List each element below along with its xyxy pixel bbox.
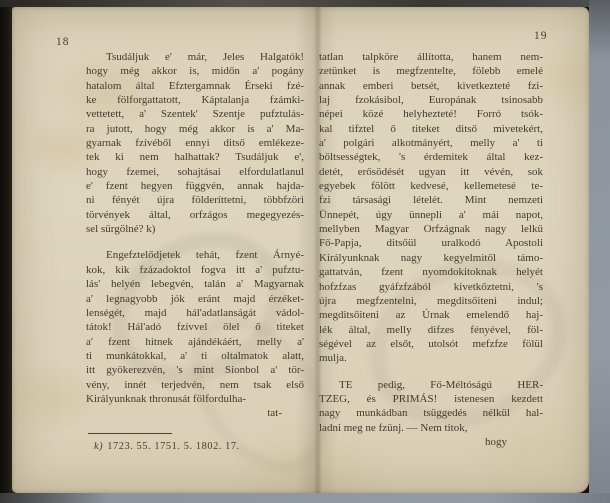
paragraph: tatlan talpköre állította, hanem nem-zet… — [319, 50, 543, 366]
text-line: detét, erősödését ugyan itt vévén, sok — [319, 165, 543, 179]
text-line: Ünnepét, úgy ünnepli a' mái napot, — [319, 208, 543, 222]
text-line: fzi társasági lételét. Mint nemzeti — [319, 193, 543, 207]
text-line: Tsudáljuk e' már, Jeles Halgatók! — [86, 50, 304, 64]
text-line: böltsességtek, 's érdemitek által kez- — [319, 150, 543, 164]
text-line: Királyunknak nagy kegyelmitől támo- — [319, 251, 543, 265]
text-line: egyebek fölött kedvesé, kellemetesé te- — [319, 179, 543, 193]
text-line: ni fényét újra földeríttetni, többfzöri — [86, 193, 304, 207]
text-line: mulja. — [319, 351, 543, 365]
text-line: újra megfzentelni, megditsőiteni indul; — [319, 294, 543, 308]
text-line: TZEG, és PRIMÁS! istenesen kezdett — [319, 392, 543, 406]
scanner-mat-right — [589, 0, 610, 503]
text-line: mellyben Magyar Orfzágnak nagy lelkü — [319, 222, 543, 236]
text-line: kok, kik fzázadoktol fogva itt a' pufztu… — [86, 263, 304, 277]
text-line: annak emberi betsét, kivetkezteté fzi- — [319, 79, 543, 93]
text-line: e' fzent hegyen függvén, annak hajda- — [86, 179, 304, 193]
text-line: sel sürgölné? k) — [86, 222, 304, 236]
paragraph: TE pedig, Fő-Méltóságú HER-TZEG, és PRIM… — [319, 378, 543, 450]
page-number-right: 19 — [534, 30, 548, 42]
text-line: zetünket is megfzentelte, fölebb emelé — [319, 64, 543, 78]
text-line: ra jutott, hogy még akkor is a' Ma- — [86, 122, 304, 136]
footnote-citation: 1723. 55. 1751. 5. 1802. 17. — [107, 441, 240, 452]
text-line: TE pedig, Fő-Méltóságú HER- — [319, 378, 543, 392]
text-line: a' polgári alkotmányért, melly a' ti — [319, 136, 543, 150]
footnote-marker: k) — [94, 441, 107, 452]
scanner-mat-bottom — [0, 493, 610, 503]
text-line: tatlan talpköre állította, hanem nem- — [319, 50, 543, 64]
scan-top-edge — [0, 0, 610, 7]
paragraph: Engefztelődjetek tehát, fzent Árnyé-kok,… — [86, 248, 304, 420]
page-number-left: 18 — [56, 36, 70, 48]
text-line: hofzfzas gyáfzfzából kivetkőztetni, 's — [319, 280, 543, 294]
text-line: ti munkátokkal, a' ti oltalmatok alatt, — [86, 349, 304, 363]
left-page-text: Tsudáljuk e' már, Jeles Halgatók!hogy mé… — [86, 50, 304, 454]
catchword: hogy — [319, 435, 543, 449]
text-line: vény, innét terjedvén, nem tsak első — [86, 378, 304, 392]
text-line: lenségét, majd hál'adatlanságát vádol- — [86, 306, 304, 320]
text-line: gyarnak fzívéből ennyi ditső emlékeze- — [86, 136, 304, 150]
text-line: ke fölforgattatott, Káptalanja fzámki- — [86, 93, 304, 107]
right-page-paragraphs: tatlan talpköre állította, hanem nem-zet… — [319, 50, 543, 449]
text-line: ladni meg ne fzünj. — Nem titok, — [319, 421, 543, 435]
text-line: Fő-Papja, ditsőül uralkodó Apostoli — [319, 236, 543, 250]
left-page-paragraphs: Tsudáljuk e' már, Jeles Halgatók!hogy mé… — [86, 50, 304, 421]
text-line: népei közé helyhezteté! Forró tsók- — [319, 107, 543, 121]
text-line: laj fzokásibol, Europának tsinosabb — [319, 93, 543, 107]
text-line: Királyunknak thronusát fölfordulha- — [86, 392, 304, 406]
text-line: hatalom által Efztergamnak Érseki fzé- — [86, 79, 304, 93]
paragraph: Tsudáljuk e' már, Jeles Halgatók!hogy mé… — [86, 50, 304, 236]
text-line: törvények által, orfzágos megegyezés- — [86, 208, 304, 222]
text-line: a' legnagyobb jók eránt majd érzéket- — [86, 292, 304, 306]
text-line: itt gyökerezvén, 's mint Sionbol a' tör- — [86, 363, 304, 377]
text-line: hogy még akkor is, midőn a' pogány — [86, 64, 304, 78]
text-line: ségével az elsőt, utolsót mefzfze fölül — [319, 337, 543, 351]
text-line: kal tifztel ő titeket ditső mivetekért, — [319, 122, 543, 136]
left-page-footnote: k)1723. 55. 1751. 5. 1802. 17. — [86, 433, 304, 454]
text-line: nagy munkádban tsüggedés nélkül hal- — [319, 406, 543, 420]
text-line: gattatván, fzent nyomdokitoknak helyét — [319, 265, 543, 279]
text-line: lás' helyén lebegvén, talán a' Magyarnak — [86, 277, 304, 291]
text-line: vettetett, a' Szentek' Szentje pufztulás… — [86, 107, 304, 121]
text-line: tátok! Hál'adó fzívvel ölel ő titeket — [86, 320, 304, 334]
text-line: hogy fzemei, sohajtásai elfordulatlanul — [86, 165, 304, 179]
text-line: lék által, melly difzes fényével, föl- — [319, 323, 543, 337]
footnote-text: k)1723. 55. 1751. 5. 1802. 17. — [86, 440, 304, 454]
text-line: Engefztelődjetek tehát, fzent Árnyé- — [86, 248, 304, 262]
text-line: a' fzent hitnek ajándékáért, melly a' — [86, 335, 304, 349]
footnote-rule — [88, 433, 172, 434]
catchword: tat- — [86, 406, 304, 420]
book-scan: 18 19 Tsudáljuk e' már, Jeles Halgatók!h… — [0, 0, 610, 503]
right-page-text: tatlan talpköre állította, hanem nem-zet… — [319, 50, 543, 461]
text-line: tek ki nem halhattak? Tsudáljuk e', — [86, 150, 304, 164]
text-line: megditsőiteni az Úrnak emelendő haj- — [319, 308, 543, 322]
